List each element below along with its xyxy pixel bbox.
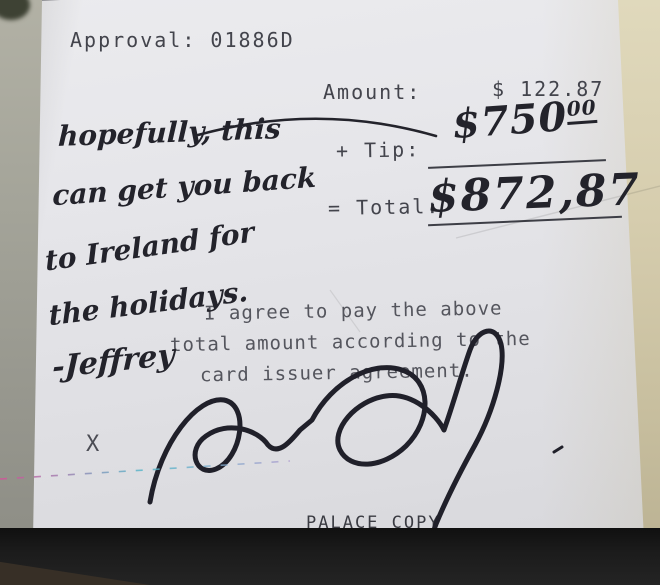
background-bottom-bar xyxy=(0,528,660,585)
handwritten-total-amount: $872,87 xyxy=(427,164,642,222)
approval-line: Approval: 01886D xyxy=(70,28,295,52)
tip-label: + Tip: xyxy=(336,137,421,162)
total-label: = Total: xyxy=(328,194,441,220)
signature-x-label: X xyxy=(86,432,101,457)
amount-label: Amount: xyxy=(323,80,421,104)
tip-dollars: $750 xyxy=(451,93,569,148)
tip-cents: 00 xyxy=(566,95,598,125)
receipt-photo: Approval: 01886D Amount: $ 122.87 + Tip:… xyxy=(0,0,660,585)
